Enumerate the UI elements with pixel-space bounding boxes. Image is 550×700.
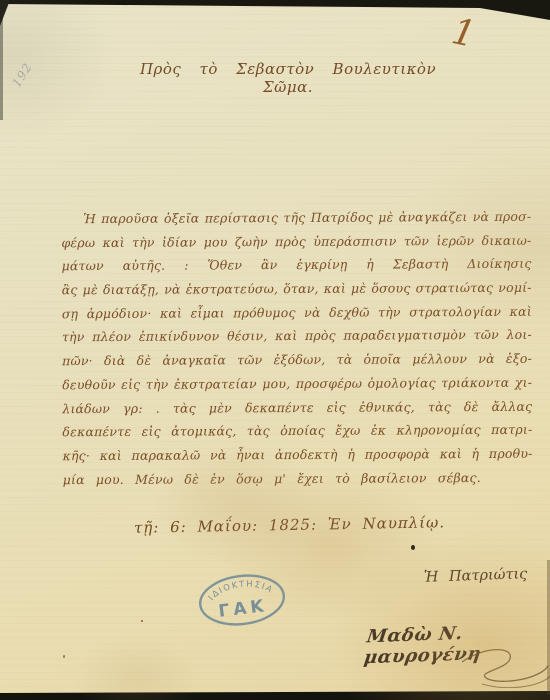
foxing-speck xyxy=(141,620,143,622)
page-number: 1 xyxy=(449,14,479,54)
body-line: Ἡ παροῦσα ὀξεῖα περίστασις τῆς Πατρίδος … xyxy=(61,209,531,235)
stamp-center-text: ΓΑΚ xyxy=(217,596,268,622)
body-line: μάτων αὐτῆς. : Ὅθεν ἂν ἐγκρίνῃ ἡ Σεβαστὴ… xyxy=(62,256,532,282)
foxing-speck xyxy=(63,655,65,658)
letter-body: Ἡ παροῦσα ὀξεῖα περίστασις τῆς Πατρίδος … xyxy=(61,209,532,496)
ink-speck xyxy=(411,545,415,550)
letter-scan: 192 1 Πρὸς τὸ Σεβαστὸν Βουλευτικὸν Σῶμα.… xyxy=(0,0,550,700)
body-line: φέρω καὶ τὴν ἰδίαν μου ζωὴν πρὸς ὑπεράσπ… xyxy=(61,232,531,258)
body-line: μία μου. Μένω δὲ ἐν ὅσῳ μ' ἔχει τὸ βασίλ… xyxy=(63,469,533,495)
letter-heading: Πρὸς τὸ Σεβαστὸν Βουλευτικὸν Σῶμα. xyxy=(118,60,458,96)
pencil-archive-note: 192 xyxy=(9,48,42,89)
body-line: πῶν· διὰ δὲ ἀναγκαῖα τῶν ἐξόδων, τὰ ὁποῖ… xyxy=(62,351,532,377)
signature-flourish-icon xyxy=(456,646,550,688)
archive-stamp: ΙΔΙΟΚΤΗΣΙΑ ΓΑΚ xyxy=(193,567,291,634)
body-line: κῆς· καὶ παρακαλῶ νὰ ἦναι ἀποδεκτὴ ἡ προ… xyxy=(62,446,532,472)
date-place-line: τῇ: 6: Μαΐου: 1825: Ἐν Ναυπλίῳ. xyxy=(134,513,445,536)
body-line: δεκαπέντε εἰς ἀτομικάς, τὰς ὁποίας ἔχω ἐ… xyxy=(62,422,532,448)
signature-title: Ἡ Πατριώτις xyxy=(424,566,528,586)
body-line: λιάδων γρ: . τὰς μὲν δεκαπέντε εἰς ἐθνικ… xyxy=(62,398,532,424)
body-line: δευθοῦν εἰς τὴν ἐκστρατείαν μου, προσφέρ… xyxy=(62,375,532,401)
body-line: τὴν πλέον ἐπικίνδυνον θέσιν, καὶ πρὸς πα… xyxy=(62,327,532,353)
body-line: σῃ ἁρμόδιον· καὶ εἶμαι πρόθυμος νὰ δεχθῶ… xyxy=(62,304,532,330)
body-line: ἂς μὲ διατάξῃ, νὰ ἐκστρατεύσω, ὅταν, καὶ… xyxy=(62,280,532,306)
